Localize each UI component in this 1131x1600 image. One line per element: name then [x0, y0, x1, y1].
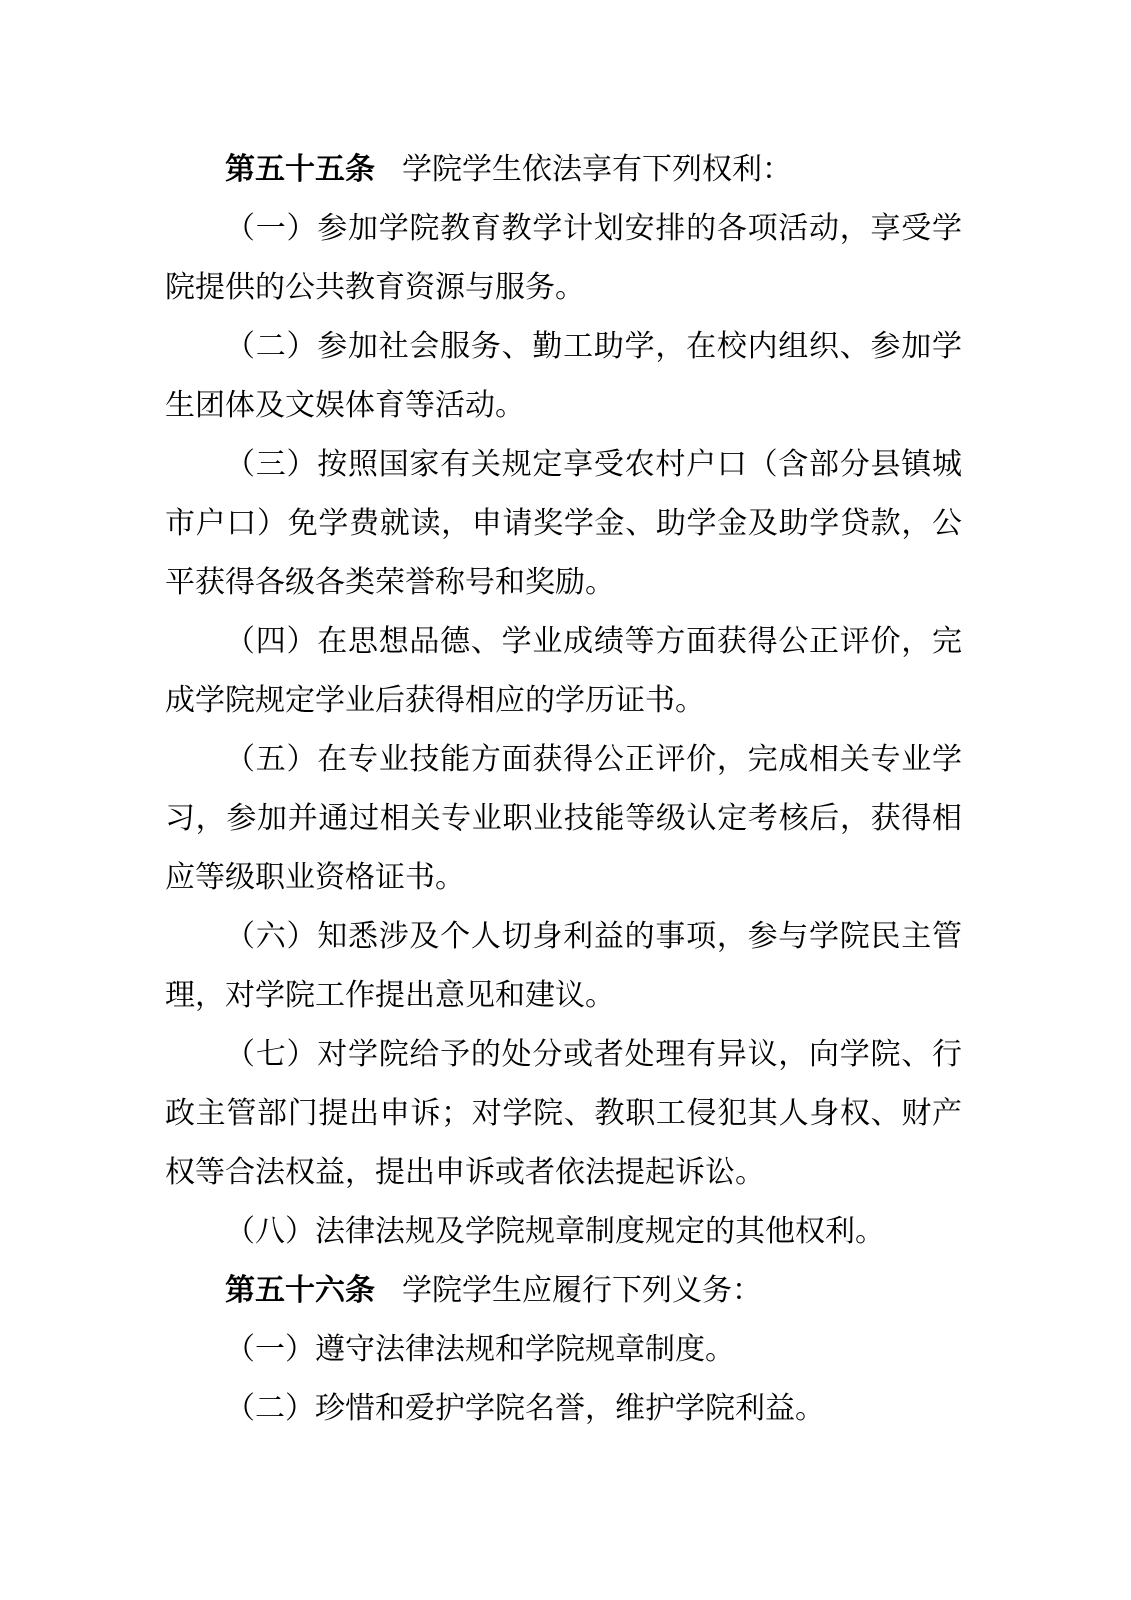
article-56-number: 第五十六条 — [225, 1274, 375, 1307]
article-55-item-6: （六）知悉涉及个人切身利益的事项，参与学院民主管理，对学院工作提出意见和建议。 — [165, 907, 962, 1025]
document-page: 第五十五条学院学生依法享有下列权利： （一）参加学院教育教学计划安排的各项活动，… — [0, 0, 1131, 1600]
article-55-heading: 第五十五条学院学生依法享有下列权利： — [165, 140, 962, 199]
document-text: 第五十五条学院学生依法享有下列权利： （一）参加学院教育教学计划安排的各项活动，… — [165, 140, 962, 1438]
article-55-item-3: （三）按照国家有关规定享受农村户口（含部分县镇城市户口）免学费就读，申请奖学金、… — [165, 435, 962, 612]
article-55-intro: 学院学生依法享有下列权利： — [402, 153, 792, 186]
article-55-item-2: （二）参加社会服务、勤工助学，在校内组织、参加学生团体及文娱体育等活动。 — [165, 317, 962, 435]
article-55-item-1: （一）参加学院教育教学计划安排的各项活动，享受学院提供的公共教育资源与服务。 — [165, 199, 962, 317]
article-55-item-8: （八）法律法规及学院规章制度规定的其他权利。 — [165, 1202, 962, 1261]
article-55-item-7: （七）对学院给予的处分或者处理有异议，向学院、行政主管部门提出申诉；对学院、教职… — [165, 1025, 962, 1202]
article-55-item-4: （四）在思想品德、学业成绩等方面获得公正评价，完成学院规定学业后获得相应的学历证… — [165, 612, 962, 730]
article-56-item-1: （一）遵守法律法规和学院规章制度。 — [165, 1320, 962, 1379]
article-55-number: 第五十五条 — [225, 153, 375, 186]
article-55-item-5: （五）在专业技能方面获得公正评价，完成相关专业学习，参加并通过相关专业职业技能等… — [165, 730, 962, 907]
article-56-intro: 学院学生应履行下列义务： — [402, 1274, 762, 1307]
article-56-heading: 第五十六条学院学生应履行下列义务： — [165, 1261, 962, 1320]
article-56-item-2: （二）珍惜和爱护学院名誉，维护学院利益。 — [165, 1379, 962, 1438]
